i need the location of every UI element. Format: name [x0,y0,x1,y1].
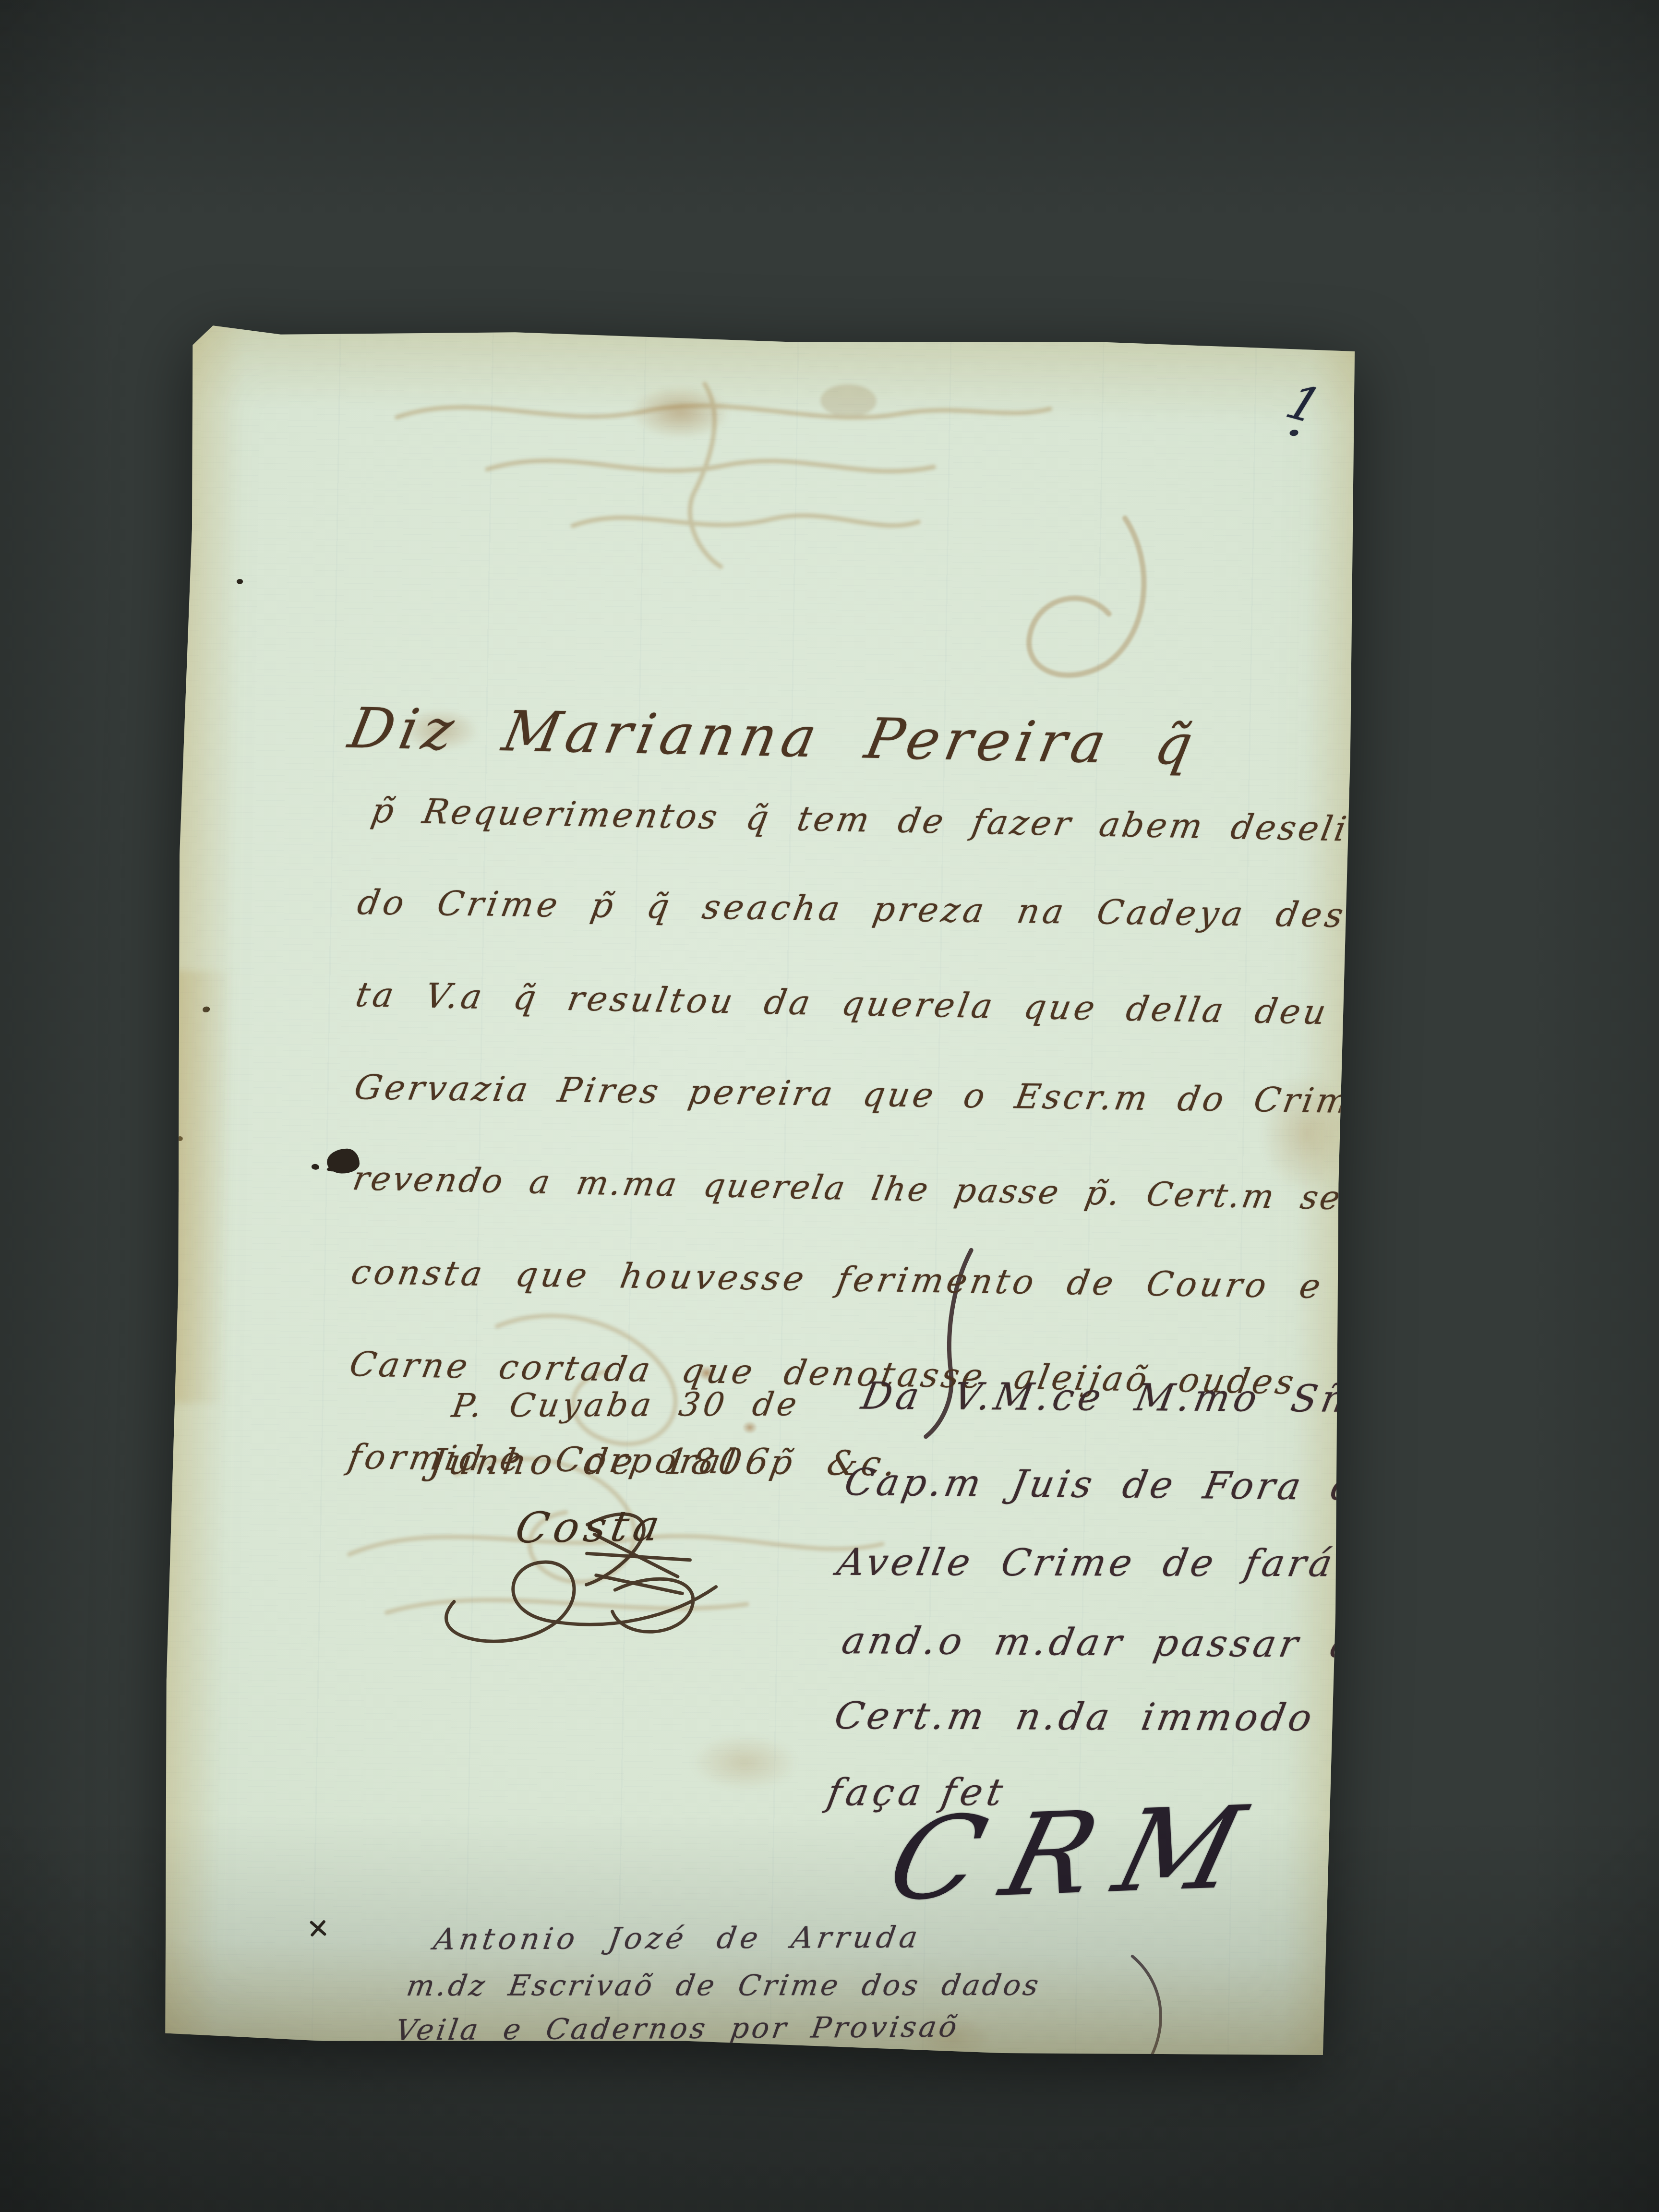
petition-line: do Crime p̃ q̃ seacha preza na Cadeya de… [354,882,1349,935]
despacho-line: Da V.M.ce M.mo Sñr. [858,1375,1387,1421]
petition-line: revendo a m.ma querela lhe passe p̃. Cer… [350,1159,1438,1219]
petition-heading: Diz Marianna Pereira q̃ [344,696,1203,778]
ink-dot [203,1007,210,1012]
bleed-through-top-flourish [365,364,1185,584]
judge-initials-rubric: CRM [876,1781,1280,1926]
docket-line: Veila e Cadernos por Provisaõ [393,2010,962,2047]
ink-dot [237,579,243,584]
despacho-line: and.o m.dar passar a [839,1619,1360,1666]
document-page-wrapper: 1 Diz Marianna Pereira q̃ p̃ Requeriment… [187,323,1358,2041]
stain [160,970,234,1403]
docket-line: Antonio Jozé de Arruda [432,1920,924,1957]
ink-dot [178,1136,183,1141]
despacho-line: Avelle Crime de fará [834,1541,1339,1585]
stain [613,375,748,450]
bleed-through-oval-flourish [964,508,1164,689]
clerk-signature: Costa [512,1501,668,1552]
petition-line: Gervazia Pires pereira que o Escr.m do C… [351,1067,1378,1121]
despacho-line: Cert.m n.da immodo q̃ [831,1695,1376,1740]
x-ink-mark [308,1920,328,1937]
page-number-mark: 1 [1279,373,1329,434]
petition-line: consta que houvesse ferimento de Couro e [349,1252,1327,1306]
dateline-place: P. Cuyaba 30 de [449,1385,803,1425]
dateline-date: Junho de 1806 [427,1441,776,1482]
docket-line: m.dz Escrivaõ de Crime dos dados [404,1969,1043,2003]
despacho-line: Cap.m Juis de Fora do [841,1461,1389,1509]
photograph-background: 1 Diz Marianna Pereira q̃ p̃ Requeriment… [0,0,1659,2212]
docket-paren-flourish [1113,1951,1178,2096]
document-page: 1 Diz Marianna Pereira q̃ p̃ Requeriment… [159,323,1358,2060]
stain [672,1723,817,1802]
ink-blot-satellite [312,1164,319,1170]
petition-line: p̃ Requerimentos q̃ tem de fazer abem de… [368,791,1434,851]
petition-line: ta V.a q̃ resultou da querela que della … [353,974,1332,1032]
